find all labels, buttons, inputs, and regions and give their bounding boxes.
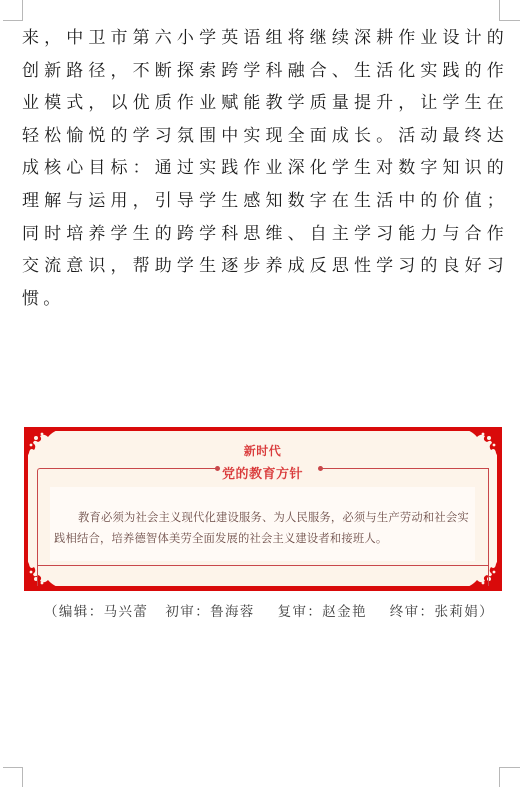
first-review-name: 鲁海蓉 <box>210 600 255 620</box>
final-review-label: 终审： <box>390 600 435 620</box>
policy-title-line2: 党的教育方针 <box>28 463 497 482</box>
editor-label: 编辑： <box>59 600 104 620</box>
final-review-name: 张莉娟 <box>434 600 479 620</box>
policy-title-line1: 新时代 <box>28 442 497 459</box>
crop-mark-bottom-right <box>499 767 520 787</box>
editor-name: 马兴蕾 <box>104 600 149 620</box>
crop-mark-top-left <box>3 0 23 21</box>
second-review-name: 赵金艳 <box>322 600 367 620</box>
second-review-label: 复审： <box>278 600 323 620</box>
credits-open-paren: （ <box>44 600 59 620</box>
credits-line: （编辑：马兴蕾 初审：鲁海蓉 复审：赵金艳 终审：张莉娟） <box>44 600 504 620</box>
first-review-label: 初审： <box>165 600 210 620</box>
credits-close-paren: ） <box>479 600 494 620</box>
policy-card-inner: 新时代 党的教育方针 教育必须为社会主义现代化建设服务、为人民服务，必须与生产劳… <box>28 431 497 586</box>
body-paragraph: 来，中卫市第六小学英语组将继续深耕作业设计的创新路径，不断探索跨学科融合、生活化… <box>22 22 508 315</box>
education-policy-image: 新时代 党的教育方针 教育必须为社会主义现代化建设服务、为人民服务，必须与生产劳… <box>24 427 502 591</box>
crop-mark-bottom-left <box>3 767 23 787</box>
frame-line-bottom <box>37 565 489 566</box>
crop-mark-top-right <box>499 0 520 21</box>
policy-body-text: 教育必须为社会主义现代化建设服务、为人民服务，必须与生产劳动和社会实践相结合，培… <box>54 507 474 549</box>
